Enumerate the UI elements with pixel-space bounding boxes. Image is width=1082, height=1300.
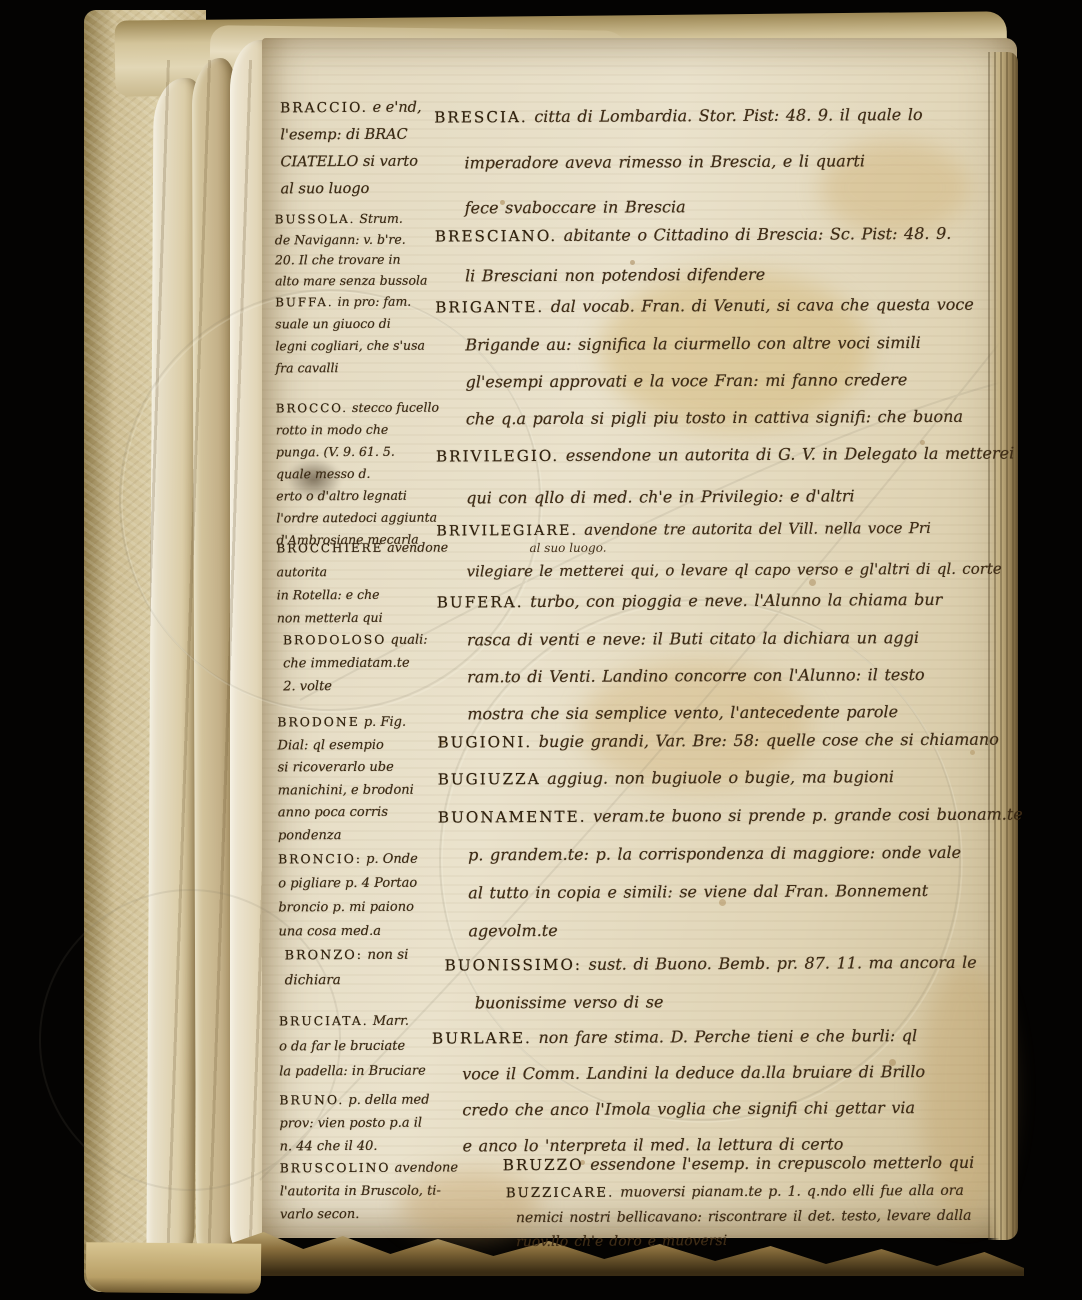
entry-headword: BUZZICARE. bbox=[506, 1186, 615, 1202]
margin-headword: BRONZO: bbox=[285, 948, 364, 963]
entry-headword: BRIVILEGIO. bbox=[436, 447, 559, 466]
entry-bufera: BUFERA. turbo, con pioggia e neve. l'Alu… bbox=[437, 580, 1053, 732]
margin-note-braccio: BRACCIO. e e'nd, l'esemp: di BRAC CIATEL… bbox=[280, 94, 456, 203]
margin-headword: BRUSCOLINO bbox=[280, 1161, 391, 1176]
entry-text: bugie grandi, Var. Bre: 58: quelle cose … bbox=[539, 730, 999, 751]
margin-headword: BRUCIATA. bbox=[279, 1014, 369, 1028]
margin-headword: BROCCHIERE bbox=[276, 541, 383, 556]
margin-headword: BRODONE bbox=[277, 715, 359, 729]
entry-text: turbo, con pioggia e neve. l'Alunno la c… bbox=[467, 590, 942, 723]
entry-bugiuzza: BUGIUZZA aggiug. non bugiuole o bugie, m… bbox=[438, 758, 1053, 797]
margin-note-brocchiere: BROCCHIERE avendone autorita in Rotella:… bbox=[276, 535, 458, 629]
entry-buonissimo: BUONISSIMO: sust. di Buono. Bemb. pr. 87… bbox=[445, 943, 1055, 1022]
margin-headword: BRODOLOSO bbox=[283, 633, 386, 648]
margin-headword: BRONCIO: bbox=[278, 852, 362, 866]
entry-headword: BRUZZO bbox=[503, 1156, 584, 1174]
handwritten-text-layer: BRACCIO. e e'nd, l'esemp: di BRAC CIATEL… bbox=[0, 0, 1082, 1300]
entry-brivilegio: BRIVILEGIO. essendone un autorita di G. … bbox=[436, 432, 1054, 518]
entry-headword: BUONAMENTE. bbox=[438, 808, 587, 827]
margin-headword: BUSSOLA. bbox=[275, 212, 356, 226]
entry-text: non fare stima. D. Perche tieni e che bu… bbox=[462, 1026, 925, 1155]
manuscript-photo: BRACCIO. e e'nd, l'esemp: di BRAC CIATEL… bbox=[0, 0, 1082, 1300]
entry-headword: BUGIONI. bbox=[437, 733, 532, 751]
entry-brigante: BRIGANTE. dal vocab. Fran. di Venuti, si… bbox=[435, 285, 1054, 437]
margin-note-bronzo: BRONZO: non si dichiara bbox=[285, 943, 445, 994]
entry-headword: BRIGANTE. bbox=[435, 298, 544, 317]
margin-note-bruscolino: BRUSCOLINO avendone l'autorita in Brusco… bbox=[280, 1156, 485, 1226]
margin-headword: BRUNO. bbox=[279, 1093, 344, 1107]
entry-burlare: BURLARE. non fare stima. D. Perche tieni… bbox=[432, 1017, 1055, 1164]
margin-text: p. Fig. Dial: ql esempio si ricoverarlo … bbox=[277, 715, 413, 843]
entry-bugioni: BUGIONI. bugie grandi, Var. Bre: 58: que… bbox=[437, 721, 1052, 760]
interlinear-insertion: al suo luogo. bbox=[529, 541, 606, 555]
margin-headword: BRACCIO. bbox=[280, 100, 368, 116]
entry-bresciano: BRESCIANO. abitante o Cittadino di Bresc… bbox=[435, 213, 1050, 296]
entry-headword: BUGIUZZA bbox=[438, 770, 541, 789]
margin-headword: BUFFA. bbox=[275, 295, 334, 309]
entry-text: citta di Lombardia. Stor. Pist: 48. 9. i… bbox=[464, 105, 922, 217]
entry-headword: BRESCIA. bbox=[434, 108, 528, 126]
entry-headword: BRESCIANO. bbox=[435, 227, 557, 246]
entry-brescia: BRESCIA. citta di Lombardia. Stor. Pist:… bbox=[434, 91, 1050, 230]
entry-headword: BRIVILEGIARE. bbox=[436, 523, 578, 540]
margin-text: stecco fucello rotto in modo che punga. … bbox=[276, 400, 439, 548]
entry-bruzzo: BRUZZO essendone l'esemp. in crepuscolo … bbox=[503, 1147, 1053, 1180]
margin-headword: BROCCO. bbox=[276, 401, 348, 415]
entry-headword: BURLARE. bbox=[432, 1029, 532, 1048]
entry-text: essendone l'esemp. in crepuscolo metterl… bbox=[590, 1153, 974, 1174]
entry-text: aggiug. non bugiuole o bugie, ma bugioni bbox=[547, 767, 894, 788]
margin-note-brodone: BRODONE p. Fig. Dial: ql esempio si rico… bbox=[277, 710, 460, 847]
entry-buonamente: BUONAMENTE. veram.te buono si prende p. … bbox=[438, 795, 1054, 950]
entry-headword: BUONISSIMO: bbox=[445, 956, 582, 975]
entry-headword: BUFERA. bbox=[437, 593, 524, 611]
margin-note-bussola: BUSSOLA. Strum. de Navigann: v. b're. 20… bbox=[275, 208, 460, 291]
entry-buzzicare: BUZZICARE. muoversi pianam.te p. 1. q.nd… bbox=[506, 1178, 1061, 1254]
